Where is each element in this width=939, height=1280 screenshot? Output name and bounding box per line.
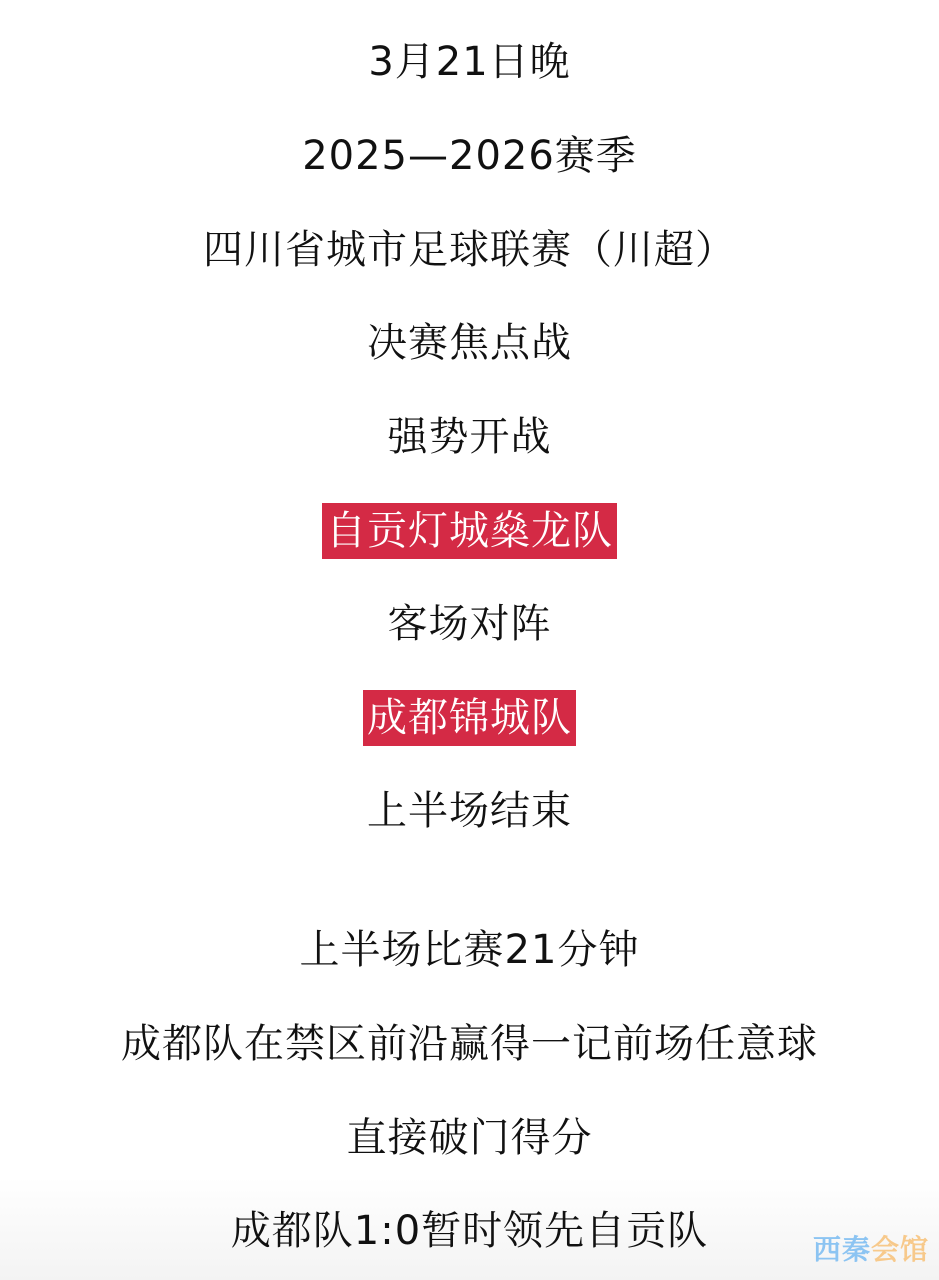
watermark-logo: 西秦会馆	[813, 1228, 929, 1268]
halftime-line: 上半场结束	[0, 786, 939, 836]
league-line: 四川省城市足球联赛（川超）	[0, 225, 939, 275]
versus-line: 客场对阵	[0, 599, 939, 649]
goal-line: 直接破门得分	[0, 1113, 939, 1163]
watermark-part1: 西秦	[813, 1233, 871, 1266]
kickoff-line: 强势开战	[0, 412, 939, 462]
season-line: 2025—2026赛季	[0, 131, 939, 181]
freekick-line: 成都队在禁区前沿赢得一记前场任意球	[0, 1019, 939, 1069]
date-line: 3月21日晚	[0, 37, 939, 87]
team-chengdu-highlight: 成都锦城队	[363, 690, 576, 746]
minute-line: 上半场比赛21分钟	[0, 925, 939, 975]
team-away-line: 成都锦城队	[0, 690, 939, 746]
watermark-part2: 会馆	[871, 1233, 929, 1266]
final-line: 决赛焦点战	[0, 318, 939, 368]
team-home-line: 自贡灯城燊龙队	[0, 503, 939, 559]
score-line: 成都队1:0暂时领先自贡队	[0, 1206, 939, 1256]
team-zigong-highlight: 自贡灯城燊龙队	[322, 503, 617, 559]
